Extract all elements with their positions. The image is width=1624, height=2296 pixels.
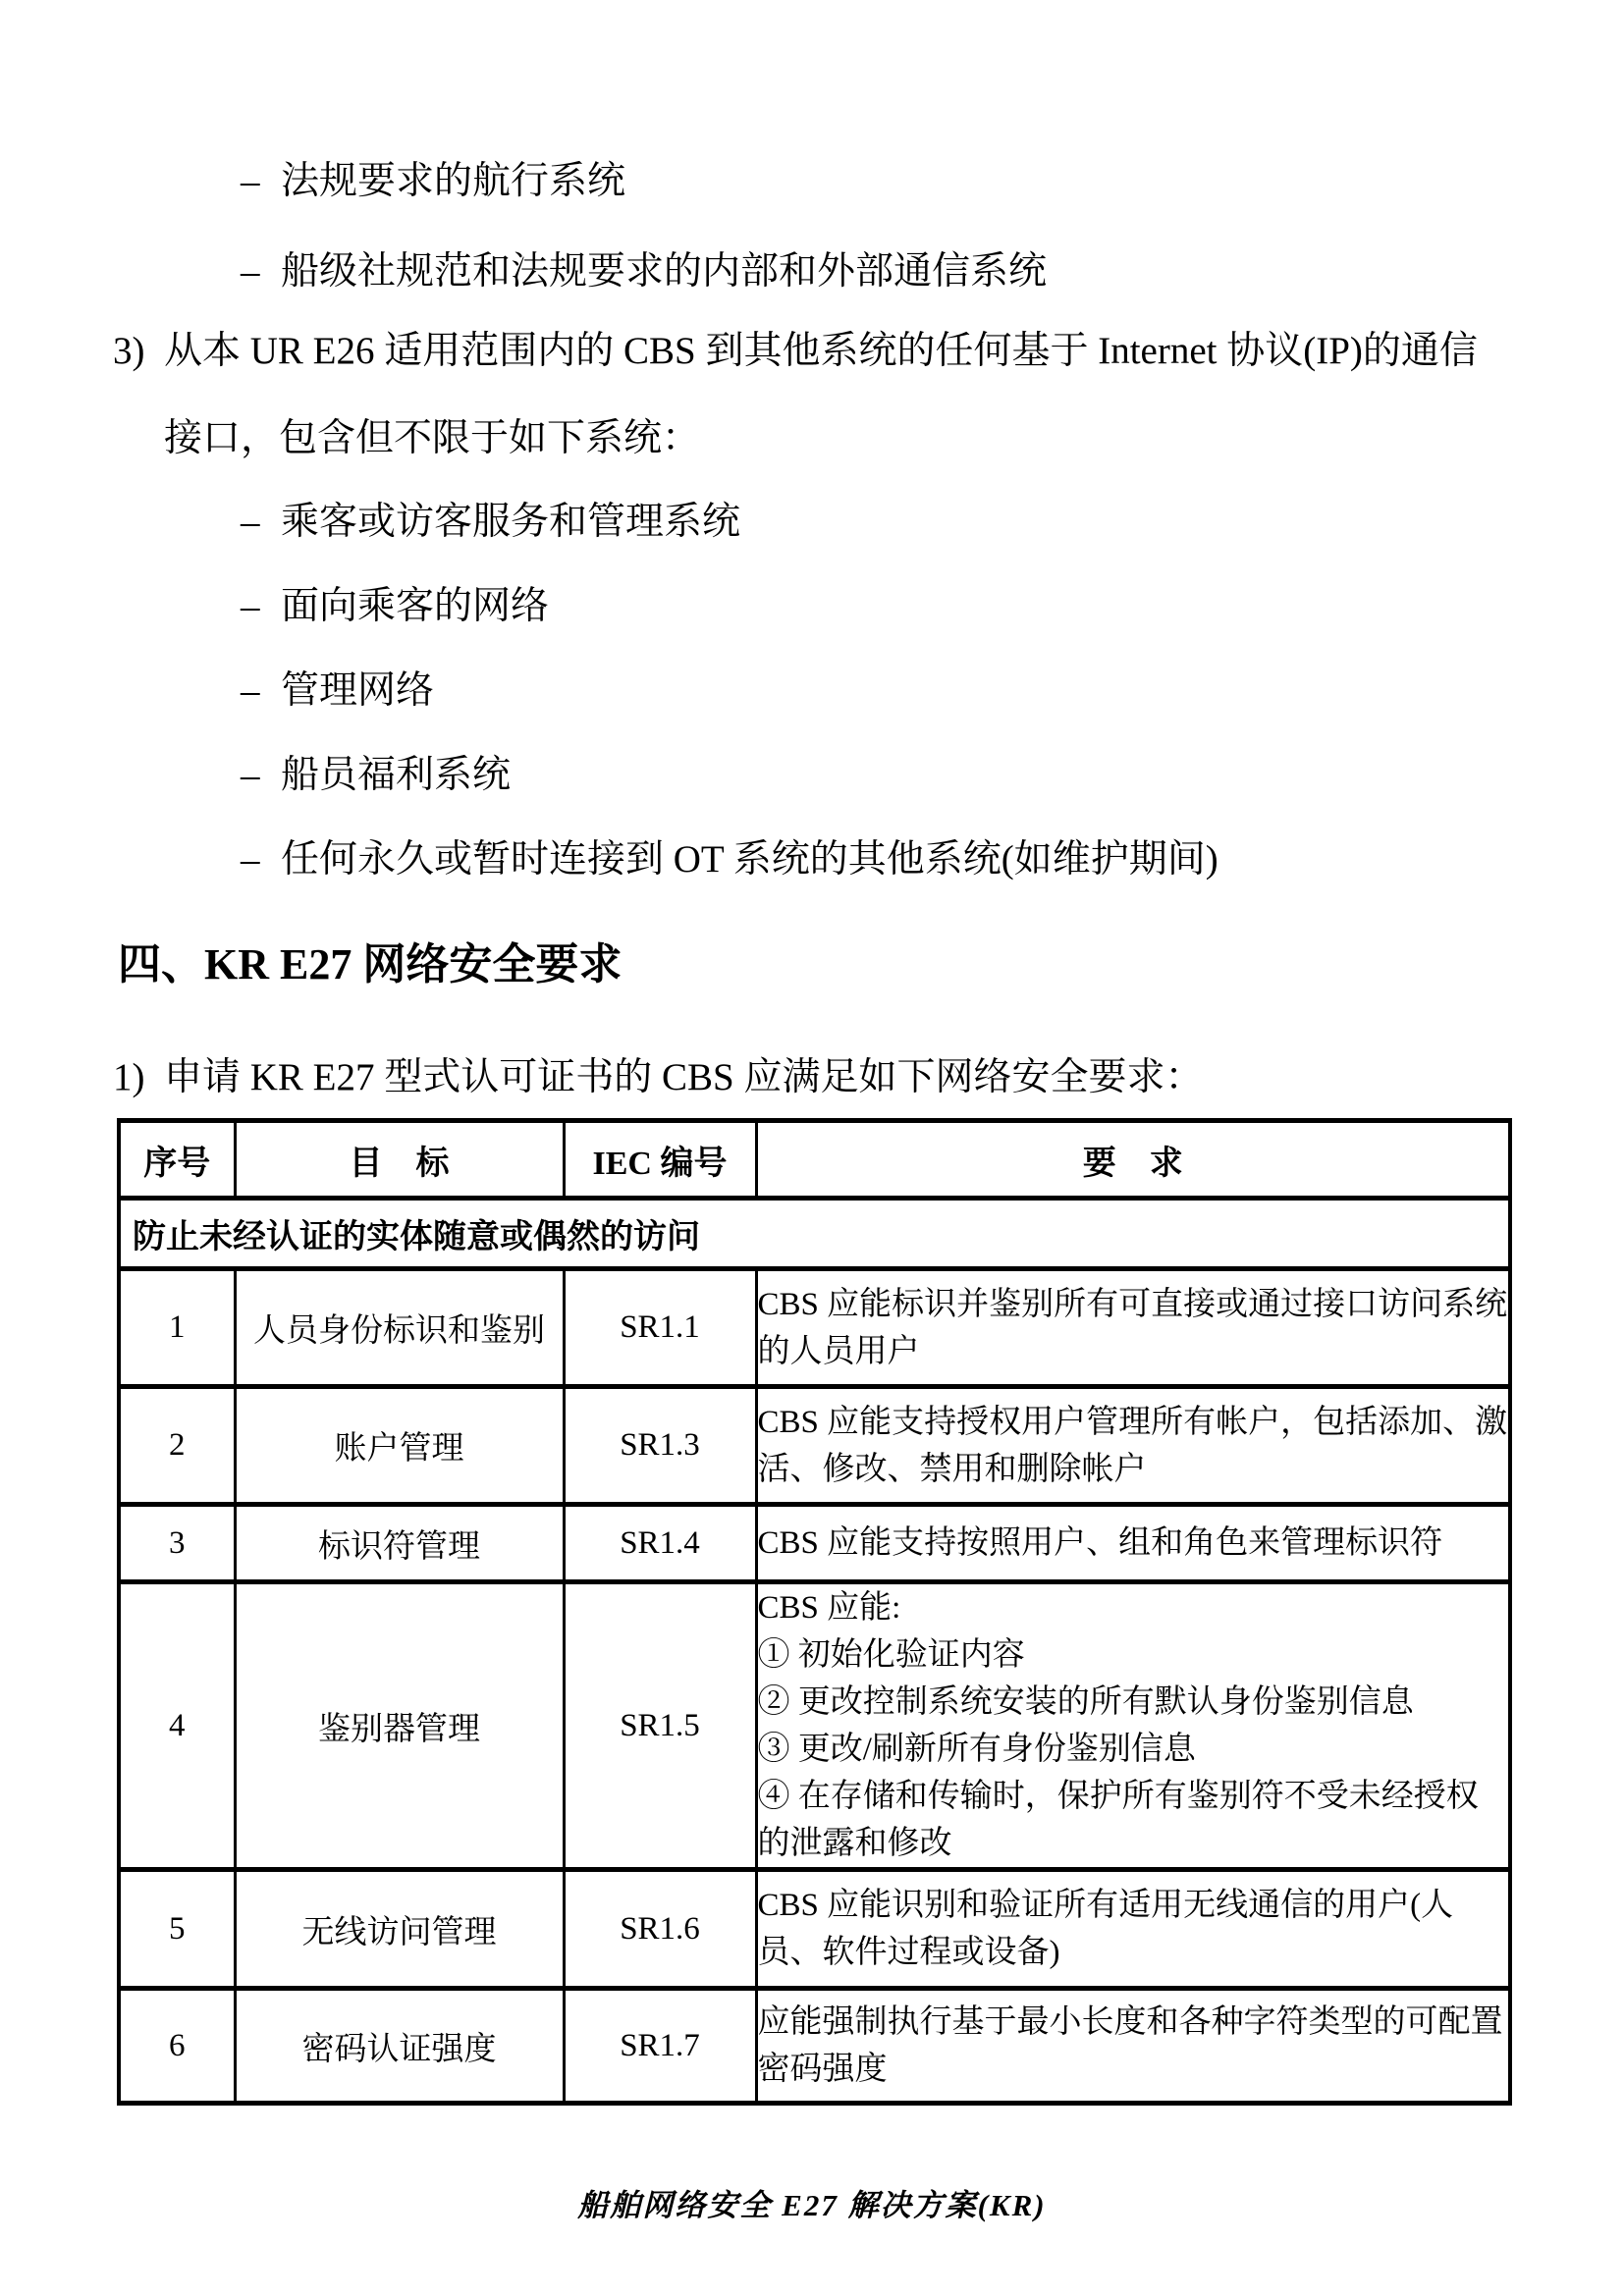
list-item-3-text: 从本 UR E26 适用范围内的 CBS 到其他系统的任何基于 Internet… (164, 330, 1478, 372)
cell-requirement: CBS 应能识别和验证所有适用无线通信的用户(人员、软件过程或设备) (756, 1870, 1510, 1989)
bullet-dash: – (241, 840, 281, 880)
table-header-row: 序号 目 标 IEC 编号 要 求 (119, 1121, 1510, 1199)
cell-target: 标识符管理 (235, 1505, 564, 1582)
requirement-line: CBS 应能标识并鉴别所有可直接或通过接口访问系统的人员用户 (758, 1281, 1509, 1375)
list-item-3-continuation: 接口，包含但不限于如下系统： (164, 419, 700, 458)
table-row: 6 密码认证强度 SR1.7 应能强制执行基于最小长度和各种字符类型的可配置密码… (119, 1989, 1510, 2104)
col-header-target: 目 标 (235, 1121, 564, 1199)
requirement-line: ④ 在存储和传输时，保护所有鉴别符不受未经授权的泄露和修改 (758, 1773, 1509, 1867)
cell-sequence-number: 3 (119, 1505, 235, 1582)
bullet-text: 法规要求的航行系统 (281, 160, 625, 202)
bullet-item: –任何永久或暂时连接到 OT 系统的其他系统(如维护期间) (241, 840, 1218, 925)
bullet-item: –面向乘客的网络 (241, 587, 1218, 671)
bullet-dash: – (241, 252, 281, 292)
bullet-dash: – (241, 671, 281, 711)
item-number: 1) (113, 1058, 164, 1097)
requirement-line: 应能强制执行基于最小长度和各种字符类型的可配置密码强度 (758, 1999, 1509, 2093)
cell-sequence-number: 2 (119, 1387, 235, 1505)
bullet-text: 船级社规范和法规要求的内部和外部通信系统 (281, 250, 1047, 293)
requirement-line: ③ 更改/刷新所有身份鉴别信息 (758, 1726, 1509, 1773)
cell-sequence-number: 1 (119, 1269, 235, 1387)
cell-iec-number: SR1.7 (564, 1989, 756, 2104)
cell-requirement: CBS 应能标识并鉴别所有可直接或通过接口访问系统的人员用户 (756, 1269, 1510, 1387)
cell-iec-number: SR1.1 (564, 1269, 756, 1387)
cell-iec-number: SR1.4 (564, 1505, 756, 1582)
requirement-line: CBS 应能支持授权用户管理所有帐户，包括添加、激活、修改、禁用和删除帐户 (758, 1399, 1509, 1493)
requirement-line: ① 初始化验证内容 (758, 1631, 1509, 1679)
bullet-text: 任何永久或暂时连接到 OT 系统的其他系统(如维护期间) (281, 838, 1218, 881)
table-row: 1 人员身份标识和鉴别 SR1.1 CBS 应能标识并鉴别所有可直接或通过接口访… (119, 1269, 1510, 1387)
bullet-dash: – (241, 503, 281, 542)
table-group-row: 防止未经认证的实体随意或偶然的访问 (119, 1199, 1510, 1269)
bullet-text: 管理网络 (281, 669, 434, 712)
bullet-item: –管理网络 (241, 671, 1218, 756)
section-heading: 四、KR E27 网络安全要求 (118, 942, 622, 988)
bullet-text: 船员福利系统 (281, 754, 511, 796)
list-item-3: 3)从本 UR E26 适用范围内的 CBS 到其他系统的任何基于 Intern… (113, 332, 1478, 371)
bullet-text: 面向乘客的网络 (281, 585, 549, 627)
requirement-line: CBS 应能: (758, 1584, 1509, 1631)
cell-target: 人员身份标识和鉴别 (235, 1269, 564, 1387)
cell-target: 密码认证强度 (235, 1989, 564, 2104)
cell-requirement: CBS 应能:① 初始化验证内容② 更改控制系统安装的所有默认身份鉴别信息③ 更… (756, 1582, 1510, 1870)
cell-sequence-number: 6 (119, 1989, 235, 2104)
bullet-dash: – (241, 756, 281, 795)
bullet-item: –乘客或访客服务和管理系统 (241, 503, 1218, 587)
cell-target: 无线访问管理 (235, 1870, 564, 1989)
cell-iec-number: SR1.5 (564, 1582, 756, 1870)
bullet-item: –船员福利系统 (241, 756, 1218, 840)
cell-sequence-number: 4 (119, 1582, 235, 1870)
bullet-dash: – (241, 587, 281, 626)
list-item-1-text: 申请 KR E27 型式认可证书的 CBS 应满足如下网络安全要求： (164, 1056, 1203, 1098)
cell-target: 鉴别器管理 (235, 1582, 564, 1870)
cell-iec-number: SR1.3 (564, 1387, 756, 1505)
col-header-requirement: 要 求 (756, 1121, 1510, 1199)
cell-sequence-number: 5 (119, 1870, 235, 1989)
table-row: 2 账户管理 SR1.3 CBS 应能支持授权用户管理所有帐户，包括添加、激活、… (119, 1387, 1510, 1505)
requirement-line: CBS 应能识别和验证所有适用无线通信的用户(人员、软件过程或设备) (758, 1882, 1509, 1976)
item-3-bullet-list: –乘客或访客服务和管理系统 –面向乘客的网络 –管理网络 –船员福利系统 –任何… (241, 503, 1218, 925)
cell-requirement: CBS 应能支持授权用户管理所有帐户，包括添加、激活、修改、禁用和删除帐户 (756, 1387, 1510, 1505)
requirement-line: CBS 应能支持按照用户、组和角色来管理标识符 (758, 1520, 1509, 1567)
table-body: 1 人员身份标识和鉴别 SR1.1 CBS 应能标识并鉴别所有可直接或通过接口访… (119, 1269, 1510, 2104)
col-header-no: 序号 (119, 1121, 235, 1199)
bullet-item: –法规要求的航行系统 (241, 162, 1047, 252)
page-footer: 船舶网络安全 E27 解决方案(KR) (0, 2189, 1624, 2222)
cell-target: 账户管理 (235, 1387, 564, 1505)
cell-requirement: CBS 应能支持按照用户、组和角色来管理标识符 (756, 1505, 1510, 1582)
col-header-iec: IEC 编号 (564, 1121, 756, 1199)
cell-iec-number: SR1.6 (564, 1870, 756, 1989)
list-item-1: 1)申请 KR E27 型式认可证书的 CBS 应满足如下网络安全要求： (113, 1058, 1203, 1097)
intro-bullet-list: –法规要求的航行系统 –船级社规范和法规要求的内部和外部通信系统 (241, 162, 1047, 343)
table-group-header: 防止未经认证的实体随意或偶然的访问 (119, 1199, 1510, 1269)
bullet-text: 乘客或访客服务和管理系统 (281, 501, 740, 543)
table-row: 4 鉴别器管理 SR1.5 CBS 应能:① 初始化验证内容② 更改控制系统安装… (119, 1582, 1510, 1870)
bullet-dash: – (241, 162, 281, 201)
requirement-line: ② 更改控制系统安装的所有默认身份鉴别信息 (758, 1679, 1509, 1726)
cell-requirement: 应能强制执行基于最小长度和各种字符类型的可配置密码强度 (756, 1989, 1510, 2104)
requirements-table: 序号 目 标 IEC 编号 要 求 防止未经认证的实体随意或偶然的访问 1 人员… (117, 1118, 1512, 2106)
table-row: 5 无线访问管理 SR1.6 CBS 应能识别和验证所有适用无线通信的用户(人员… (119, 1870, 1510, 1989)
document-page: –法规要求的航行系统 –船级社规范和法规要求的内部和外部通信系统 3)从本 UR… (0, 0, 1624, 2296)
item-number: 3) (113, 332, 164, 371)
table-row: 3 标识符管理 SR1.4 CBS 应能支持按照用户、组和角色来管理标识符 (119, 1505, 1510, 1582)
